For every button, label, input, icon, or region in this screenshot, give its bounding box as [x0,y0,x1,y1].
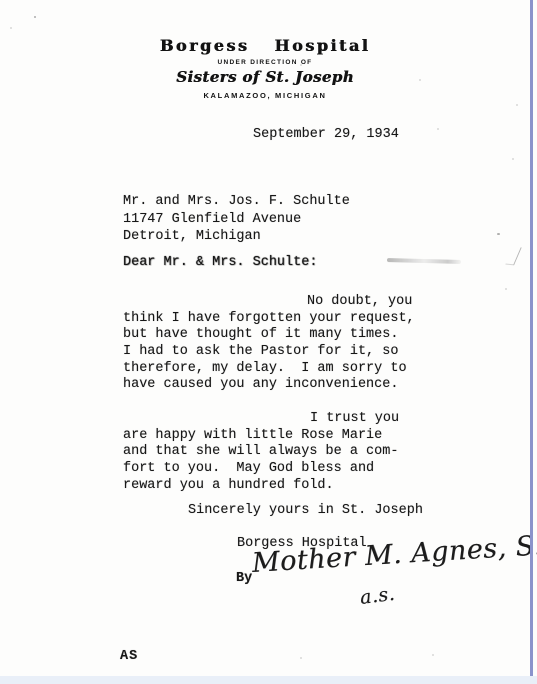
letterhead: Borgess Hospital UNDER DIRECTION OF Sist… [0,36,530,100]
order-name: Sisters of St. Joseph [0,68,530,86]
scan-speck [497,233,500,235]
scan-speck [10,27,12,29]
signature-secondary: a.s. [359,583,397,609]
paragraph-line: and that she will always be a com- [123,444,399,461]
scan-edge-line [530,0,533,684]
recipient-street: 11747 Glenfield Avenue [123,211,350,229]
recipient-name: Mr. and Mrs. Jos. F. Schulte [123,193,350,211]
paragraph-line: are happy with little Rose Marie [123,428,399,445]
body-paragraph-2: I trust you are happy with little Rose M… [123,411,399,494]
paragraph-line: think I have forgotten your request, [123,311,415,328]
location-line: KALAMAZOO, MICHIGAN [0,91,530,100]
scan-speck [505,288,507,290]
scan-bottom-strip [0,676,537,684]
typist-initials: AS [120,649,138,666]
scan-speck [437,128,439,130]
recipient-city: Detroit, Michigan [123,228,350,246]
scan-speck [516,104,518,106]
paragraph-line: but have thought of it many times. [123,327,415,344]
valediction: Sincerely yours in St. Joseph [188,503,423,520]
paragraph-line: reward you a hundred fold. [123,478,399,495]
recipient-address: Mr. and Mrs. Jos. F. Schulte 11747 Glenf… [123,193,350,246]
paragraph-line: therefore, my delay. I am sorry to [123,361,415,378]
scan-speck [300,64,302,66]
date-line: September 29, 1934 [253,127,399,144]
scan-speck [300,657,302,659]
salutation: Dear Mr. & Mrs. Schulte: [123,255,317,272]
scan-speck [419,79,421,81]
paragraph-first-line: I trust you [310,411,399,428]
letter-page: Borgess Hospital UNDER DIRECTION OF Sist… [0,0,537,684]
scan-speck [432,654,434,656]
scan-speck [512,158,514,160]
scan-smudge-mark [387,258,461,264]
direction-line: UNDER DIRECTION OF [0,59,530,66]
scan-speck [34,16,36,18]
paragraph-line: have caused you any inconvenience. [123,377,415,394]
paragraph-line: fort to you. May God bless and [123,461,399,478]
body-paragraph-1: No doubt, you think I have forgotten you… [123,294,415,394]
by-label: By [236,571,252,588]
scan-squiggle-mark [505,247,521,266]
paragraph-first-line: No doubt, you [307,294,415,311]
hospital-name: Borgess Hospital [0,36,530,55]
scan-speck [203,78,205,80]
paragraph-line: I had to ask the Pastor for it, so [123,344,415,361]
